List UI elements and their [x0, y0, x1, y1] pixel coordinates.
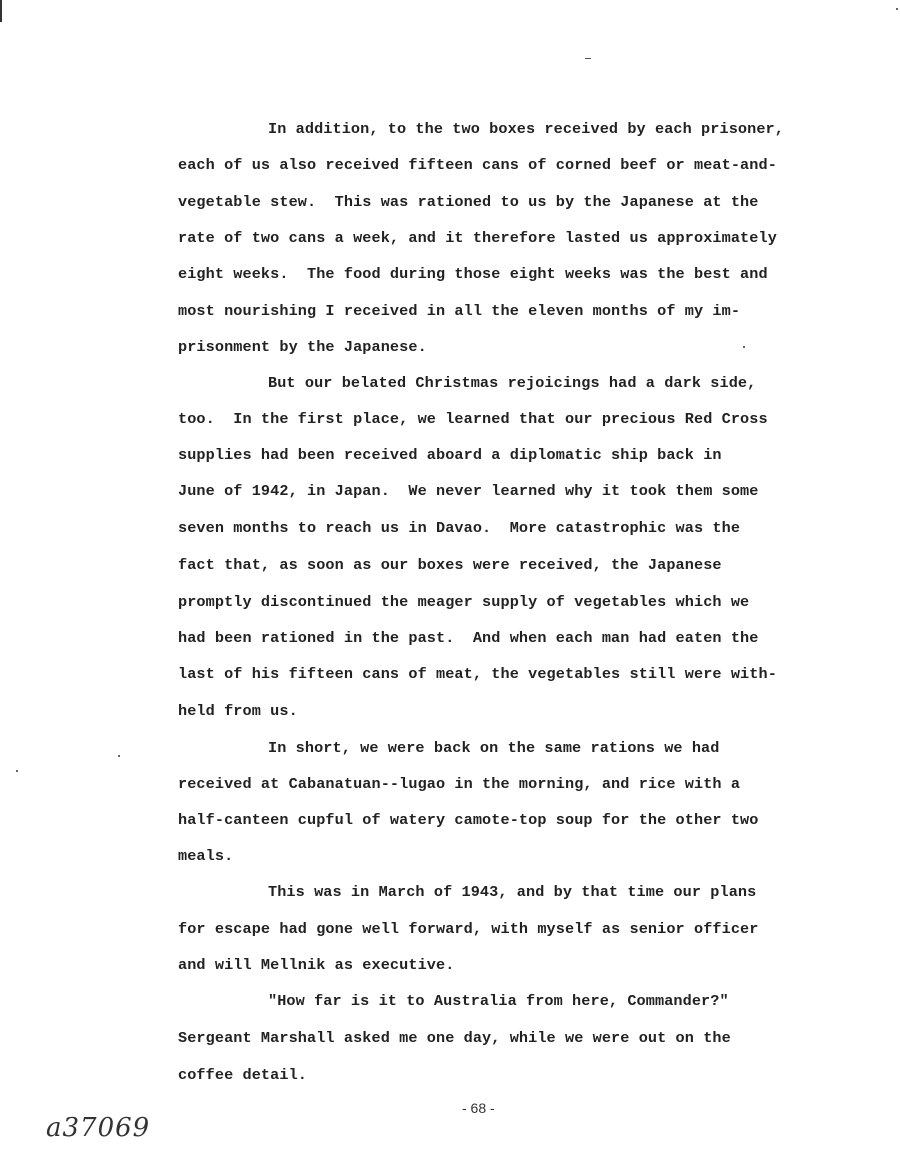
text-line: most nourishing I received in all the el…: [178, 301, 740, 321]
text-line: vegetable stew. This was rationed to us …: [178, 192, 758, 212]
scan-artifact: [16, 770, 18, 772]
text-line: In short, we were back on the same ratio…: [268, 738, 720, 758]
scan-edge-mark: [0, 0, 2, 22]
text-line: promptly discontinued the meager supply …: [178, 592, 749, 612]
scan-artifact: [896, 8, 898, 10]
text-line: coffee detail.: [178, 1065, 307, 1085]
scan-artifact: [118, 755, 120, 757]
text-line: prisonment by the Japanese.: [178, 337, 427, 357]
text-line: had been rationed in the past. And when …: [178, 628, 758, 648]
text-line: fact that, as soon as our boxes were rec…: [178, 555, 722, 575]
text-line: too. In the first place, we learned that…: [178, 409, 768, 429]
text-line: last of his fifteen cans of meat, the ve…: [178, 664, 777, 684]
text-line: and will Mellnik as executive.: [178, 955, 454, 975]
scan-artifact: [743, 346, 745, 348]
text-line: for escape had gone well forward, with m…: [178, 919, 758, 939]
text-line: held from us.: [178, 701, 298, 721]
text-line: June of 1942, in Japan. We never learned…: [178, 481, 758, 501]
text-line: supplies had been received aboard a dipl…: [178, 445, 722, 465]
text-line: "How far is it to Australia from here, C…: [268, 991, 729, 1011]
text-line: Sergeant Marshall asked me one day, whil…: [178, 1028, 731, 1048]
page-number: - 68 -: [462, 1100, 495, 1116]
text-line: rate of two cans a week, and it therefor…: [178, 228, 777, 248]
text-line: seven months to reach us in Davao. More …: [178, 518, 740, 538]
text-line: But our belated Christmas rejoicings had…: [268, 373, 756, 393]
text-line: In addition, to the two boxes received b…: [268, 119, 784, 139]
scan-artifact: [585, 58, 591, 59]
text-line: eight weeks. The food during those eight…: [178, 264, 768, 284]
text-line: This was in March of 1943, and by that t…: [268, 882, 756, 902]
text-line: meals.: [178, 846, 233, 866]
text-line: each of us also received fifteen cans of…: [178, 155, 777, 175]
document-page: In addition, to the two boxes received b…: [0, 0, 900, 1166]
handwritten-archive-id: a37069: [46, 1113, 150, 1143]
text-line: half-canteen cupful of watery camote-top…: [178, 810, 758, 830]
text-line: received at Cabanatuan--lugao in the mor…: [178, 774, 740, 794]
